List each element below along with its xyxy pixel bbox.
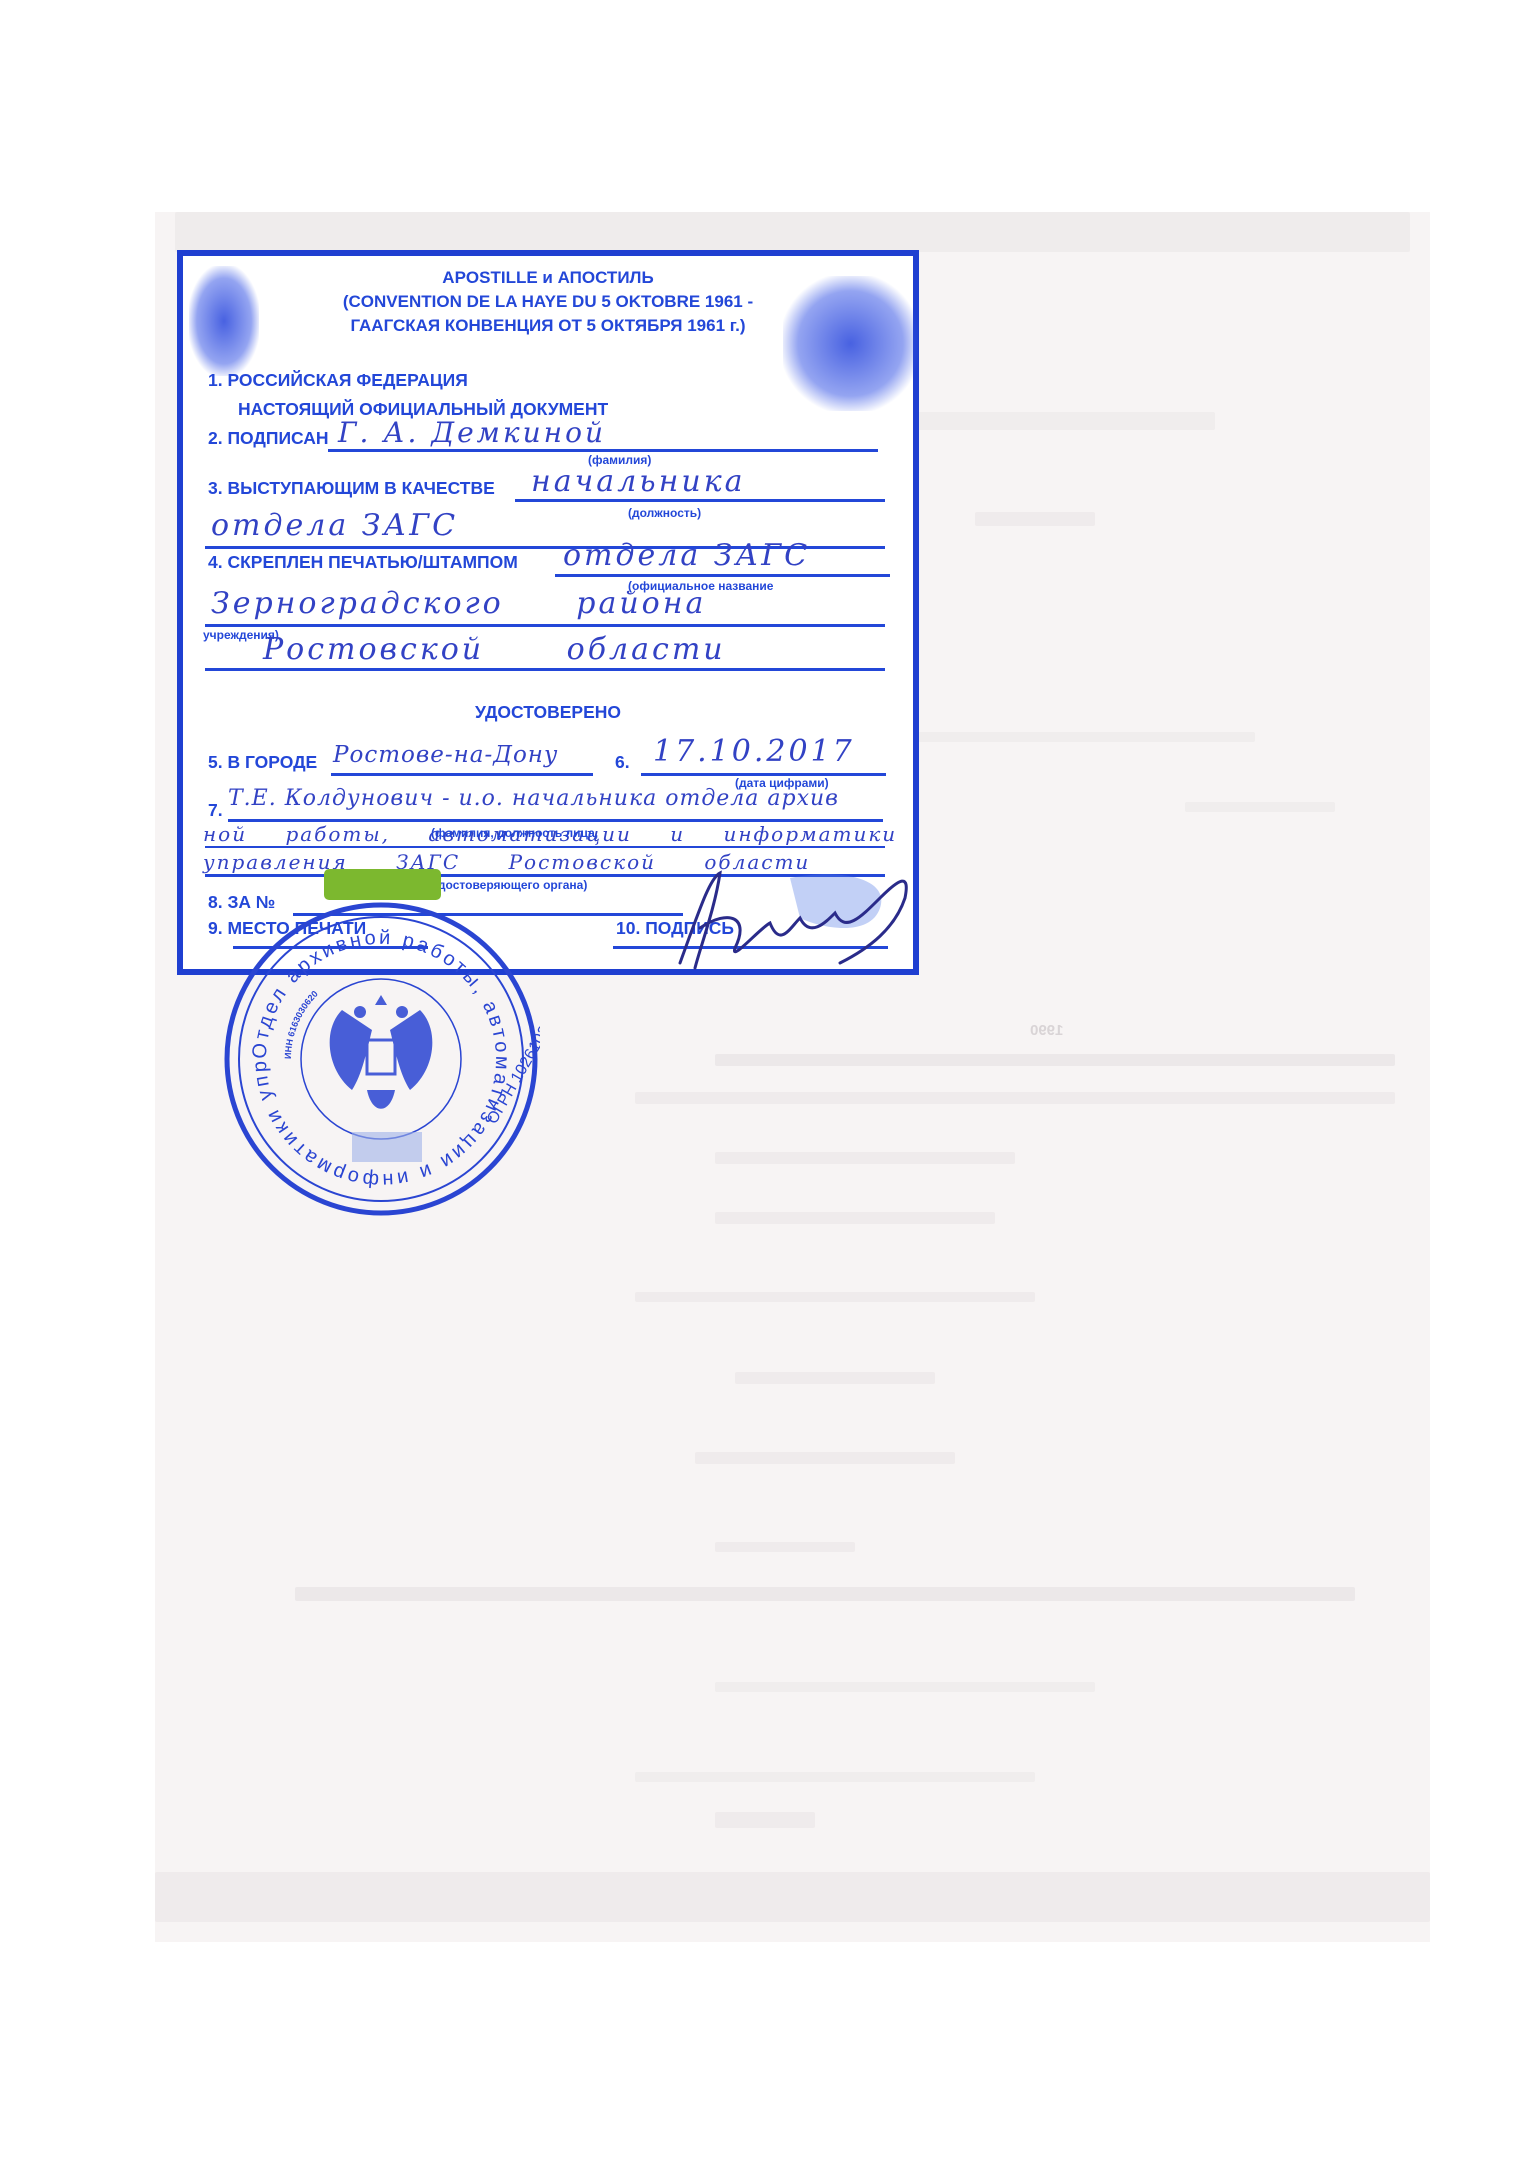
field7-underline-2 <box>205 846 885 848</box>
field6-value: 17.10.2017 <box>653 734 855 769</box>
official-round-seal: Отдел архивной работы, автоматизации и и… <box>222 900 540 1218</box>
background-line <box>715 1212 995 1224</box>
field5-label: 5. В ГОРОДЕ <box>208 752 317 773</box>
background-line <box>715 1054 1395 1066</box>
background-line <box>1185 802 1335 812</box>
seal-redacted-area <box>352 1132 422 1162</box>
field2-label: 2. ПОДПИСАН <box>208 428 329 449</box>
field3-underline <box>515 499 885 502</box>
background-line <box>635 1292 1035 1302</box>
field7-hint-a: (фамилия, должность лица, <box>431 826 598 840</box>
background-line <box>695 1452 955 1464</box>
background-line <box>635 1092 1395 1104</box>
field4-value-3: Ростовской области <box>263 632 726 667</box>
background-line <box>715 1682 1095 1692</box>
background-line <box>295 1587 1355 1601</box>
background-line <box>715 1152 1015 1164</box>
field4-underline-3 <box>205 668 885 671</box>
field2-underline <box>328 449 878 452</box>
field4-value-2: Зерноградского района <box>211 586 706 621</box>
background-header-band <box>175 212 1410 252</box>
background-line <box>915 412 1215 430</box>
background-number <box>715 1812 815 1828</box>
field3-value-1: начальника <box>531 464 746 499</box>
apostille-subtitle-2: ГААГСКАЯ КОНВЕНЦИЯ ОТ 5 ОКТЯБРЯ 1961 г.) <box>183 316 913 336</box>
background-line <box>715 1542 855 1552</box>
field3-value-2: отдела ЗАГС <box>211 508 458 543</box>
double-headed-eagle-icon <box>330 995 433 1109</box>
redacted-number <box>324 869 441 900</box>
field7-value-1: Т.Е. Колдунович - и.о. начальника отдела… <box>228 786 839 811</box>
field7-label: 7. <box>208 800 223 821</box>
field6-label: 6. <box>615 752 630 773</box>
apostille-subtitle-1: (CONVENTION DE LA HAYE DU 5 OKTOBRE 1961… <box>183 292 913 312</box>
apostille-stamp: APOSTILLE и АПОСТИЛЬ (CONVENTION DE LA H… <box>177 250 919 975</box>
background-line <box>635 1772 1035 1782</box>
field5-value: Ростове-на-Дону <box>333 742 558 768</box>
field3-hint: (должность) <box>628 506 701 520</box>
background-year: 1990 <box>1030 1022 1063 1039</box>
background-line <box>735 1372 935 1384</box>
field4-label: 4. СКРЕПЛЕН ПЕЧАТЬЮ/ШТАМПОМ <box>208 552 518 573</box>
background-footer-band <box>155 1872 1430 1922</box>
field2-value: Г. А. Демкиной <box>338 416 606 449</box>
certified-heading: УДОСТОВЕРЕНО <box>183 702 913 723</box>
apostille-title: APOSTILLE и АПОСТИЛЬ <box>183 268 913 288</box>
background-line <box>975 512 1095 526</box>
field4-underline <box>555 574 890 577</box>
signature <box>640 868 920 978</box>
field1-label: 1. РОССИЙСКАЯ ФЕДЕРАЦИЯ <box>208 370 468 391</box>
field3-label: 3. ВЫСТУПАЮЩИМ В КАЧЕСТВЕ <box>208 478 495 499</box>
field5-underline <box>331 773 593 776</box>
field4-underline-2 <box>205 624 885 627</box>
field4-value-1: отдела ЗАГС <box>563 538 810 573</box>
